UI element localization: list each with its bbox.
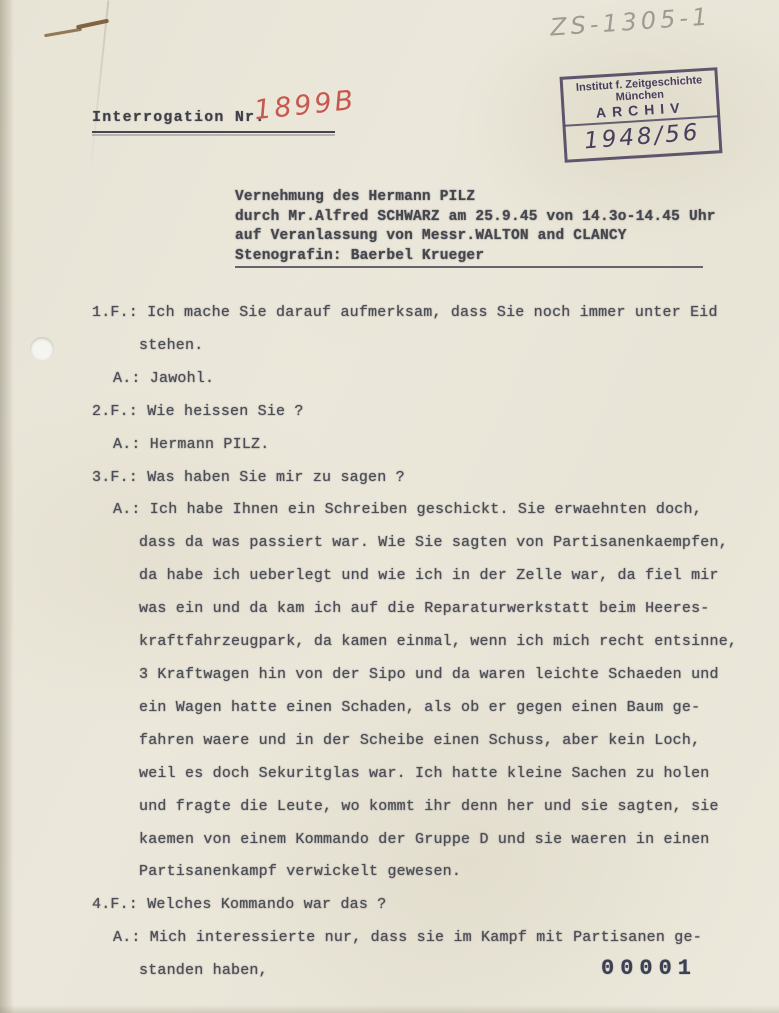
transcript-body: 1.F.: Ich mache Sie darauf aufmerksam, d… <box>92 297 779 988</box>
body-line: A.: Ich habe Ihnen ein Schreiben geschic… <box>92 494 779 527</box>
archive-signature-pencil: ZS-1305-1 <box>549 2 712 41</box>
body-line: und fragte die Leute, wo kommt ihr denn … <box>92 791 779 824</box>
document-page: ZS-1305-1 Institut f. Zeitgeschichte Mün… <box>0 0 779 1013</box>
title-underline <box>92 131 335 133</box>
archive-stamp: Institut f. Zeitgeschichte München ARCHI… <box>560 67 723 162</box>
paper-crease <box>89 0 110 179</box>
body-line: kaemen von einem Kommando der Gruppe D u… <box>92 824 779 857</box>
header-underline <box>235 266 703 268</box>
body-line: was ein und da kam ich auf die Reparatur… <box>92 593 779 626</box>
header-stenographer-line: Stenografin: Baerbel Krueger <box>235 247 716 267</box>
page-number-stamp: 00001 <box>601 956 697 981</box>
body-line: 3.F.: Was haben Sie mir zu sagen ? <box>92 462 779 495</box>
scan-edge-shadow-left <box>0 0 14 1013</box>
body-line: 1.F.: Ich mache Sie darauf aufmerksam, d… <box>92 297 779 330</box>
header-interrogator-line: durch Mr.Alfred SCHWARZ am 25.9.45 von 1… <box>235 208 716 228</box>
header-subject-line: Vernehmung des Hermann PILZ <box>235 188 716 208</box>
body-line: kraftfahrzeugpark, da kamen einmal, wenn… <box>92 626 779 659</box>
interrogation-header: Vernehmung des Hermann PILZ durch Mr.Alf… <box>235 188 716 266</box>
body-line: 2.F.: Wie heissen Sie ? <box>92 396 779 429</box>
body-line: weil es doch Sekuritglas war. Ich hatte … <box>92 758 779 791</box>
header-authority-line: auf Veranlassung von Messr.WALTON and CL… <box>235 227 716 247</box>
body-line: A.: Jawohl. <box>92 363 779 396</box>
body-line: 3 Kraftwagen hin von der Sipo und da war… <box>92 659 779 692</box>
body-line: A.: Mich interessierte nur, dass sie im … <box>92 922 779 955</box>
body-line: da habe ich ueberlegt und wie ich in der… <box>92 560 779 593</box>
scan-edge-shadow-bottom <box>0 1005 779 1013</box>
body-line: stehen. <box>92 330 779 363</box>
body-line: A.: Hermann PILZ. <box>92 429 779 462</box>
body-line: ein Wagen hatte einen Schaden, als ob er… <box>92 692 779 725</box>
interrogation-number-handwritten: 1899B <box>253 85 358 127</box>
staple-mark <box>44 28 82 38</box>
body-line: fahren waere und in der Scheibe einen Sc… <box>92 725 779 758</box>
body-line: Partisanenkampf verwickelt gewesen. <box>92 856 779 889</box>
document-title: Interrogation Nr. <box>92 109 265 126</box>
body-line: dass da was passiert war. Wie Sie sagten… <box>92 527 779 560</box>
hole-punch <box>30 337 54 361</box>
body-line: 4.F.: Welches Kommando war das ? <box>92 889 779 922</box>
